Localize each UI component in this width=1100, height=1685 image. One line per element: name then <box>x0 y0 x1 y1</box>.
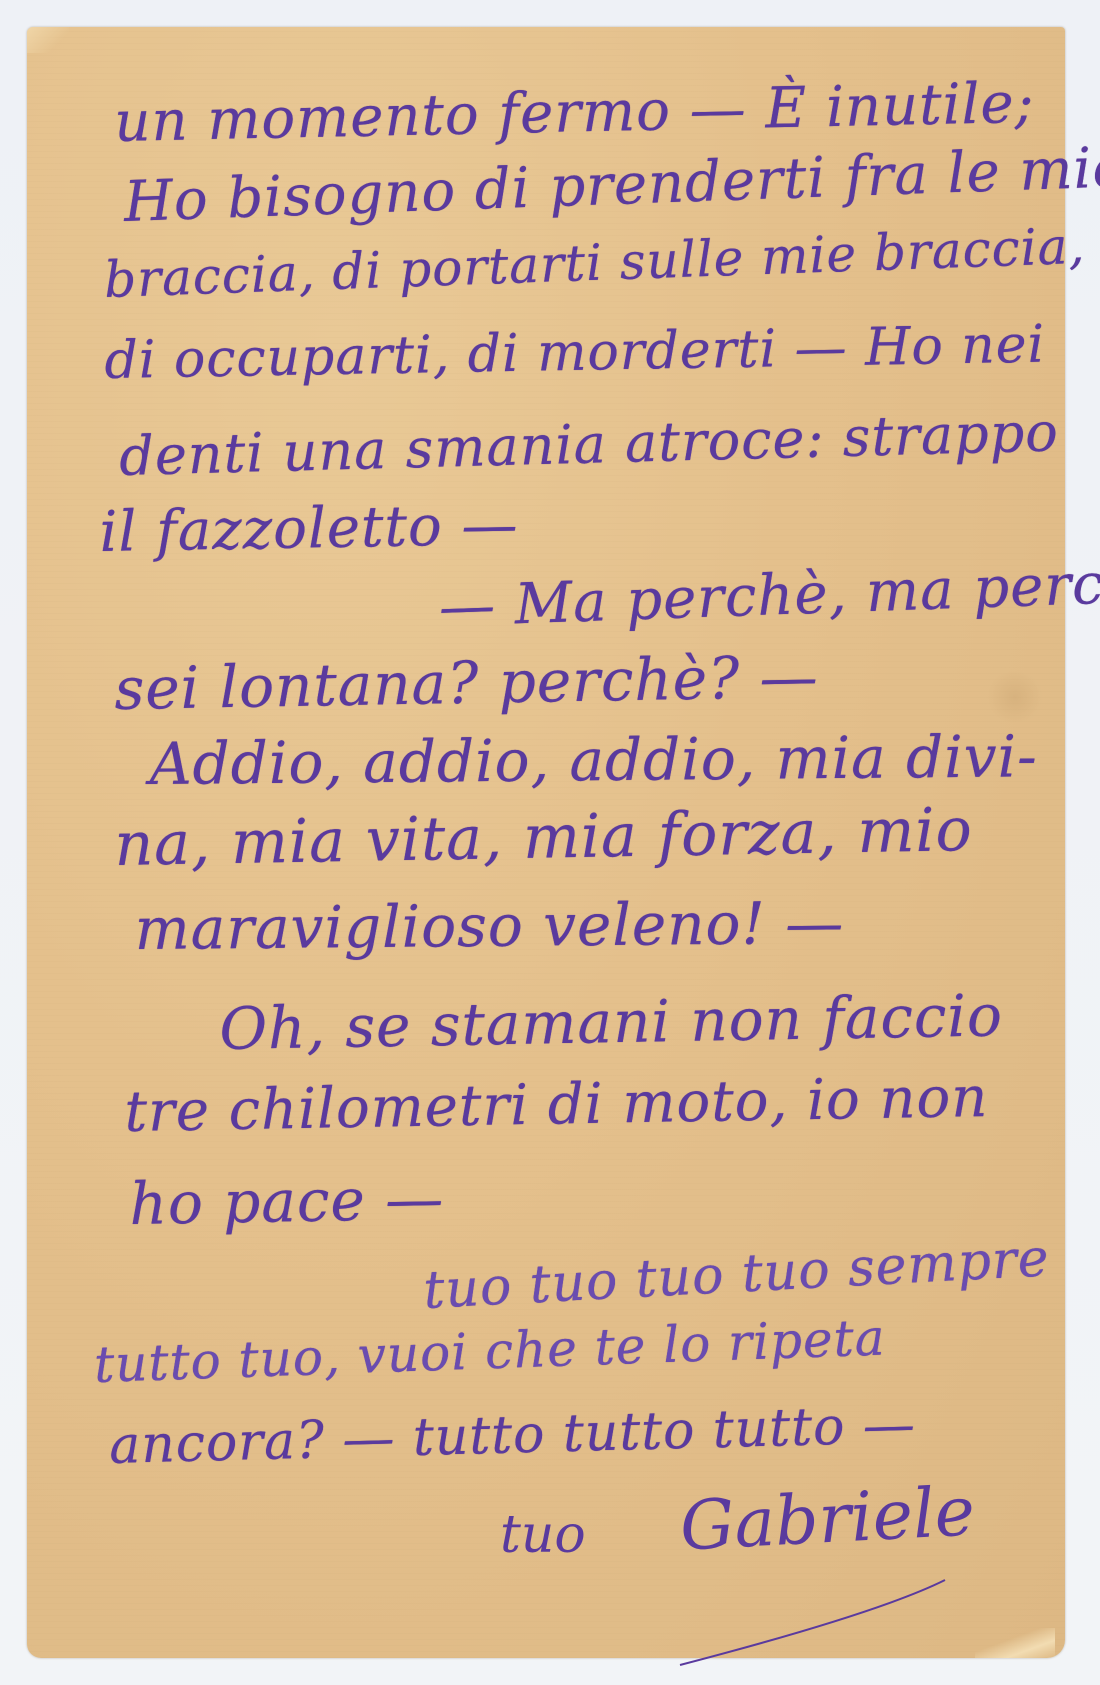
letter-line-12: Oh, se stamani non faccio <box>219 986 1003 1058</box>
signature-flourish <box>675 1570 1005 1670</box>
letter-line-8: sei lontana? perchè? — <box>114 648 819 718</box>
letter-line-13: tre chilometri di moto, io non <box>124 1070 989 1141</box>
letter-line-14: ho pace — <box>129 1170 445 1233</box>
letter-line-4: di occuparti, di morderti — Ho nei <box>104 319 1045 387</box>
letter-line-11: maraviglioso veleno! — <box>134 894 844 958</box>
paper-stain <box>985 672 1045 722</box>
signature: Gabriele <box>678 1472 977 1566</box>
letter-line-10: na, mia vita, mia forza, mio <box>114 800 973 875</box>
letter-line-9: Addio, addio, addio, mia divi- <box>149 727 1037 793</box>
letter-line-6: il fazzoletto — <box>99 498 519 561</box>
closing-word: tuo <box>500 1505 586 1565</box>
corner-fold <box>27 27 69 53</box>
